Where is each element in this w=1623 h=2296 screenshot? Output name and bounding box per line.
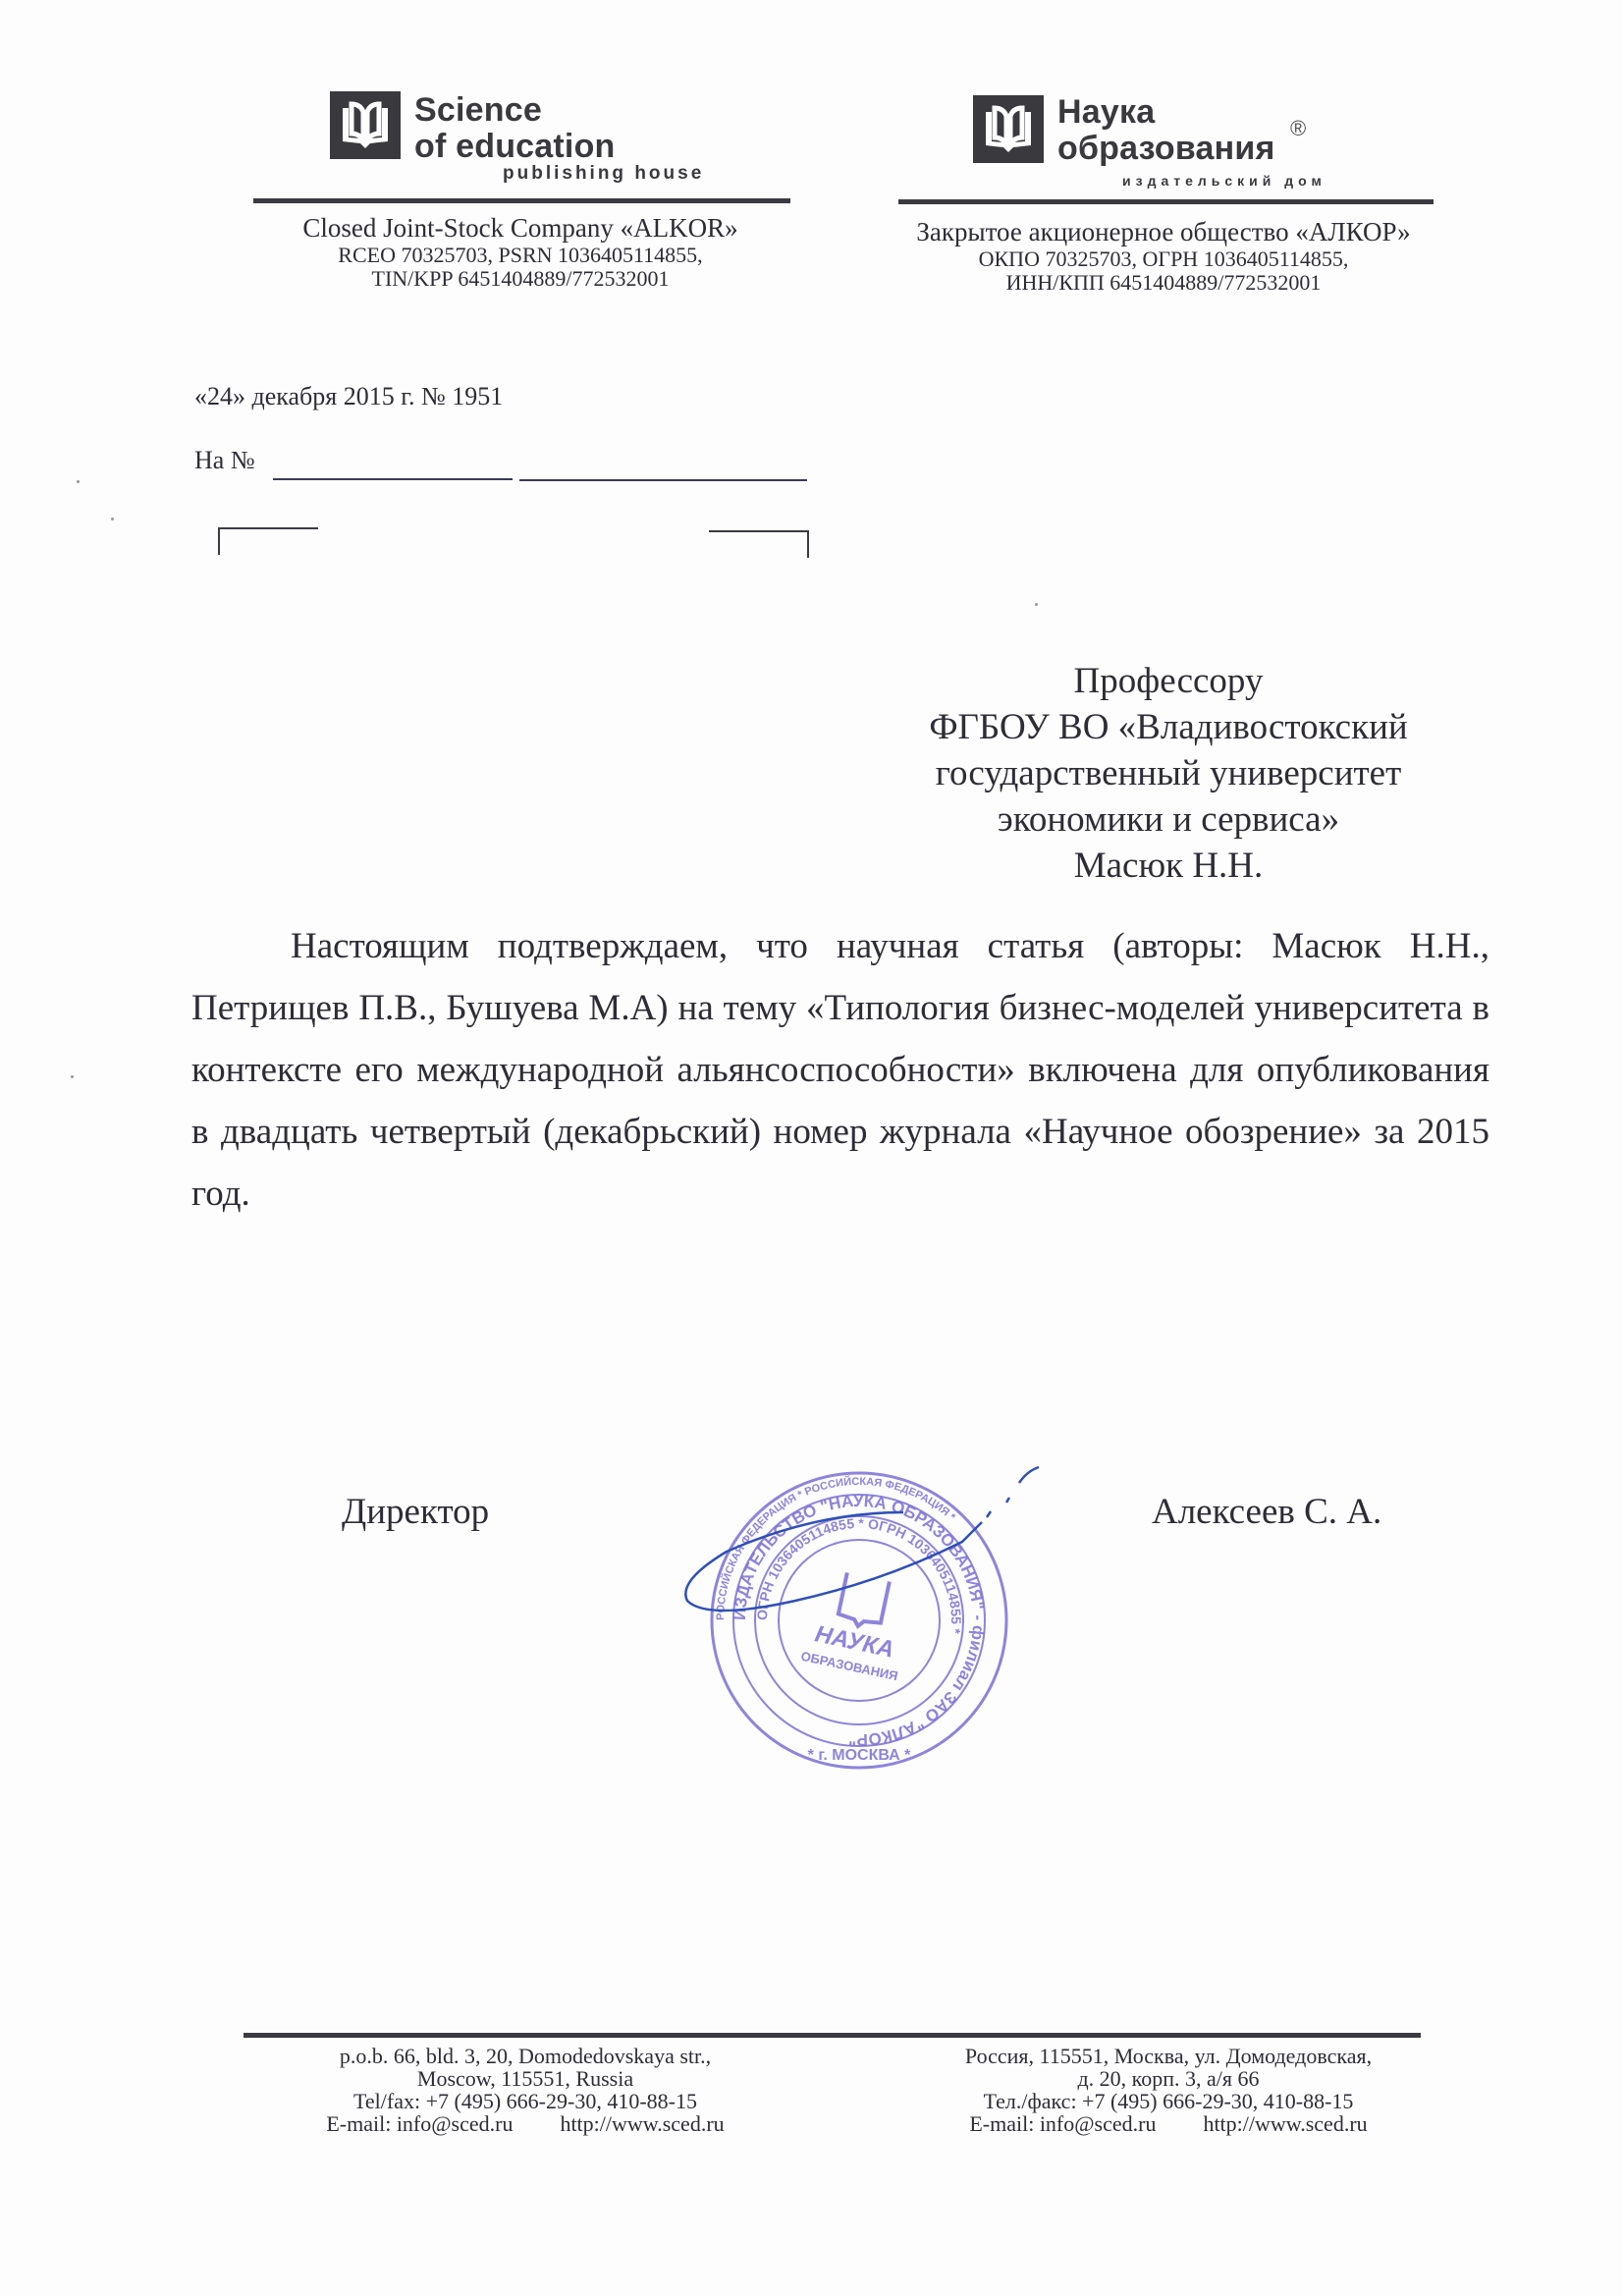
reference-label: На № [194,446,255,475]
registered-mark-icon: ® [1290,116,1306,141]
header-rule-right [898,199,1434,204]
logo-title-line2: образования [1057,132,1275,165]
addressee-line: государственный университет [884,750,1453,796]
footer-address-en-2: Moscow, 115551, Russia [255,2067,795,2090]
footer-phone-ru: Тел./факс: +7 (495) 666-29-30, 410-88-15 [884,2090,1453,2112]
corner-mark-right [709,530,809,558]
scan-speck [1035,603,1038,606]
footer-contacts-ru: Россия, 115551, Москва, ул. Домодедовска… [884,2045,1453,2135]
scan-speck [77,480,80,483]
company-name-en: Closed Joint-Stock Company «ALKOR» [245,214,795,244]
logo-nauka-obrazovaniya: Наука образования [973,95,1275,165]
logo-title-line1: Science [414,93,616,127]
addressee-line: экономики и сервиса» [884,796,1453,843]
footer-rule [243,2033,1421,2038]
logo-title-line2: of education [414,130,616,163]
reference-date-blank [519,479,807,481]
company-name-ru: Закрытое акционерное общество «АЛКОР» [879,218,1448,247]
addressee-line: Масюк Н.Н. [884,843,1453,889]
company-reg-ru-2: ИНН/КПП 6451404889/772532001 [879,271,1448,295]
footer-address-en-1: p.o.b. 66, bld. 3, 20, Domodedovskaya st… [255,2045,795,2067]
handwritten-signature [668,1434,1080,1630]
footer-contacts-en: p.o.b. 66, bld. 3, 20, Domodedovskaya st… [255,2045,795,2135]
addressee-block: Профессору ФГБОУ ВО «Владивостокский гос… [884,658,1453,889]
scan-speck [71,1075,74,1078]
stamp-city: * г. МОСКВА * [808,1747,911,1764]
addressee-line: Профессору [884,658,1453,704]
signatory-name: Алексеев С. А. [1152,1491,1381,1533]
corner-mark-left [218,527,318,555]
open-book-icon [330,91,401,159]
logo-title-line1: Наука [1057,95,1275,129]
footer-email-en[interactable]: E-mail: info@sced.ru [326,2112,513,2135]
body-paragraph: Настоящим подтверждаем, что научная стат… [191,915,1489,1225]
outgoing-date-number: «24» декабря 2015 г. № 1951 [194,382,503,411]
addressee-line: ФГБОУ ВО «Владивостокский [884,704,1453,750]
logo-subtitle: издательский дом [1122,173,1326,189]
company-reg-en-1: RCEO 70325703, PSRN 1036405114855, [245,244,795,267]
footer-phone-en: Tel/fax: +7 (495) 666-29-30, 410-88-15 [255,2090,795,2112]
logo-subtitle: publishing house [503,163,704,185]
signatory-position: Директор [342,1491,489,1533]
footer-address-ru-2: д. 20, корп. 3, а/я 66 [884,2067,1453,2090]
footer-email-ru[interactable]: E-mail: info@sced.ru [969,2112,1156,2135]
footer-website-ru[interactable]: http://www.sced.ru [1203,2112,1367,2135]
header-rule-left [253,198,790,203]
company-reg-en-2: TIN/KPP 6451404889/772532001 [245,267,795,291]
footer-address-ru-1: Россия, 115551, Москва, ул. Домодедовска… [884,2045,1453,2067]
open-book-icon [973,95,1044,163]
logo-science-of-education: Science of education [330,91,616,163]
footer-website-en[interactable]: http://www.sced.ru [560,2112,724,2135]
company-info-en: Closed Joint-Stock Company «ALKOR» RCEO … [245,214,795,291]
company-reg-ru-1: ОКПО 70325703, ОГРН 1036405114855, [879,247,1448,271]
scan-speck [111,518,114,520]
company-info-ru: Закрытое акционерное общество «АЛКОР» ОК… [879,218,1448,295]
reference-number-blank [273,478,513,480]
